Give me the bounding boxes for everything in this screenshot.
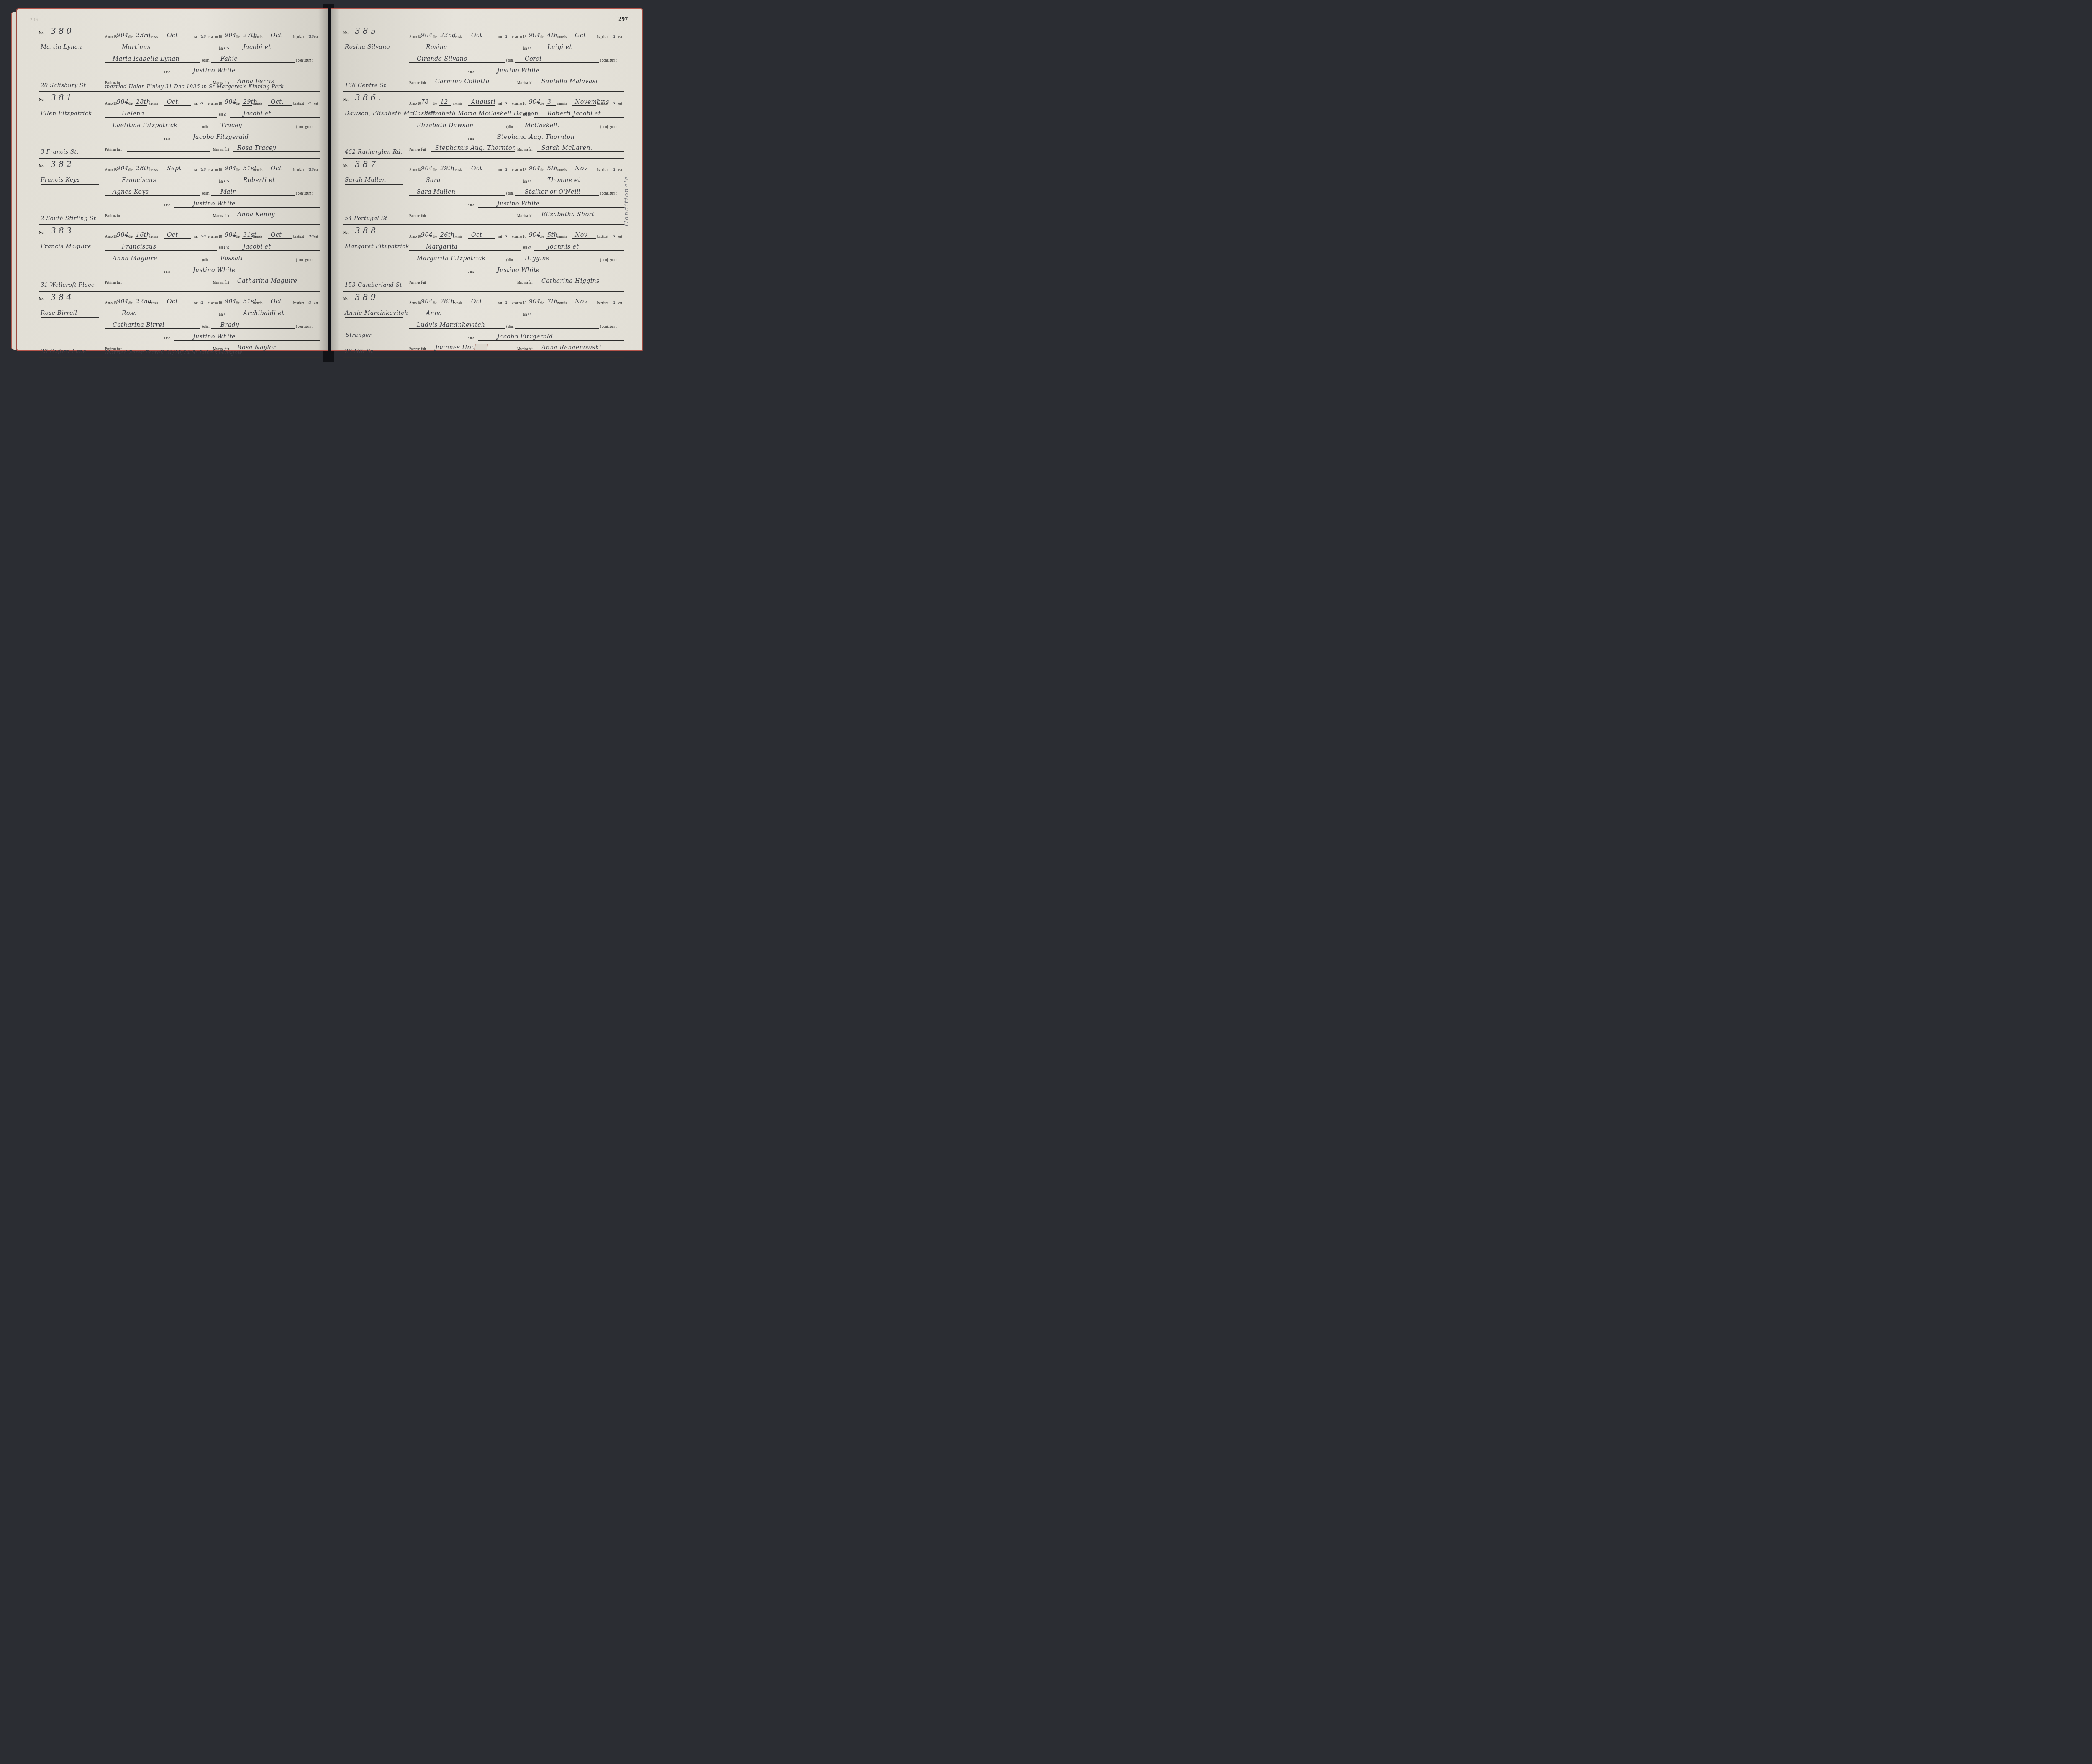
entry-margin: No. 383 Francis Maguire 31 Wellcroft Pla…: [39, 226, 102, 292]
olim-label: (olim: [506, 59, 514, 63]
baptism-day: 5th: [547, 232, 558, 238]
father-name: Roberti et: [243, 177, 275, 184]
nat-suffix: a: [200, 100, 203, 105]
margin-child-name: Ellen Fitzpatrick: [41, 110, 99, 118]
nat-suffix: a: [505, 300, 508, 305]
margin-address: 20 Salisbury St: [41, 82, 86, 89]
mother-row: Agnes Keys (olim Mair ) conjugum :: [105, 187, 320, 197]
maiden-name-line: [515, 62, 599, 63]
fili-label: fili: [219, 313, 223, 317]
nat-label: nat: [498, 168, 502, 172]
matrina-label: Matrina fuit: [213, 214, 229, 218]
mother-maiden-name: Fossati: [220, 255, 243, 262]
mother-row: Laetitiae Fitzpatrick (olim Tracey ) con…: [105, 121, 320, 130]
et-anno-label: et anno 18: [208, 102, 222, 106]
child-name-line: [105, 51, 217, 51]
mother-maiden-name: Tracey: [220, 122, 242, 129]
baptism-year: 904: [529, 298, 541, 305]
minister-name: Justino White: [497, 67, 540, 74]
father-name: Luigi et: [547, 44, 572, 51]
olim-label: (olim: [202, 258, 210, 262]
column-divider: [407, 90, 407, 159]
die-label: die: [433, 102, 437, 106]
anno-label: Anno 18: [409, 301, 421, 305]
mother-name-line: [409, 262, 505, 262]
die-label-2: die: [540, 301, 544, 305]
a-me-label: a me: [164, 336, 170, 341]
child-name: Sara: [426, 177, 441, 184]
margin-child-name: Margaret Fitzpatrick: [345, 243, 403, 251]
birth-day-line: [135, 305, 147, 305]
paper-tear: [474, 344, 488, 350]
minister-row: a me Stephano Aug. Thornton: [409, 133, 624, 142]
father-line: [534, 250, 624, 251]
child-name: Franciscus: [122, 177, 156, 184]
mensis-label-2: mensis: [557, 168, 567, 172]
minister-row: a me Justino White: [409, 66, 624, 75]
entry-margin: No. 387 Sarah Mullen 54 Portugal St: [343, 159, 406, 225]
bapt-month-line: [268, 305, 292, 305]
column-divider: [103, 223, 103, 292]
patrinus-label: Patrinus fuit: [409, 148, 426, 152]
father-name: Jacobi et: [243, 244, 271, 250]
est-label: est: [618, 35, 622, 39]
minister-name: Stephano Aug. Thornton: [497, 134, 574, 141]
register-entry-385: No. 385 Rosina Silvano 136 Centre St Ann…: [343, 26, 624, 92]
maiden-name-line: [515, 262, 599, 262]
patrinus-label: Patrinus fuit: [105, 281, 122, 285]
fili-suffix: a: [528, 45, 531, 51]
entry-margin: No. 382 Francis Keys 2 South Stirling St: [39, 159, 102, 225]
minister-name: Justino White: [193, 267, 236, 274]
baptism-year: 904: [529, 32, 541, 39]
conditional-baptism-note: Conditionale: [623, 167, 632, 226]
left-page-number: 296: [30, 17, 38, 23]
baptism-month: Nov: [575, 232, 587, 238]
godparents-row: Patrinus fuit Matrina fuit Catharina Mag…: [105, 277, 320, 286]
margin-child-name: Annie Marzinkevitch: [345, 310, 403, 318]
est-label: est: [618, 168, 622, 172]
anno-label: Anno 18: [105, 102, 117, 106]
birth-month-line: [164, 238, 191, 239]
nat-label: nat: [498, 102, 502, 106]
patrinus-label: Patrinus fuit: [409, 281, 426, 285]
birth-day-line: [439, 305, 451, 305]
godparents-row: Patrinus fuit Stephanus Aug. Thornton Ma…: [409, 144, 624, 153]
patrinus-label: Patrinus fuit: [409, 81, 426, 85]
birth-month-line: [164, 105, 191, 106]
mother-name: Margarita Fitzpatrick: [417, 255, 485, 262]
baptism-year: 904: [225, 165, 236, 172]
mother-name-line: [105, 262, 200, 262]
column-divider: [407, 156, 407, 225]
matrina-label: Matrina fuit: [517, 148, 533, 152]
anno-label: Anno 18: [409, 168, 421, 172]
birth-year: 904: [117, 32, 128, 39]
entry-number-label: No.: [343, 231, 349, 235]
minister-line: [174, 207, 320, 208]
left-page: 296 No. 380 Martin Lynan 20 Salisbury St…: [16, 8, 328, 351]
die-label: die: [433, 235, 437, 239]
a-me-label: a me: [468, 70, 474, 74]
right-page: 297 No. 385 Rosina Silvano 136 Centre St…: [331, 8, 643, 351]
margin-address: 23 Oxford Lane: [41, 349, 86, 355]
nat-label: nat: [194, 301, 198, 305]
fili-suffix: a: [224, 112, 227, 117]
birth-day: 12: [440, 99, 448, 105]
nat-label: nat: [498, 301, 502, 305]
baptizat-suffix: a: [308, 300, 311, 305]
birth-month-line: [468, 172, 495, 172]
child-name: Rosa: [122, 310, 137, 317]
bapt-day-line: [242, 238, 252, 239]
margin-address: 136 Centre St: [345, 82, 386, 89]
column-divider: [103, 156, 103, 225]
patrinus-label: Patrinus fuit: [105, 214, 122, 218]
baptism-day: 7th: [547, 298, 558, 305]
et-anno-label: et anno 18: [208, 35, 222, 39]
mensis-label-2: mensis: [253, 301, 262, 305]
entry-margin: No. 384 Rose Birrell 23 Oxford Lane: [39, 292, 102, 358]
est-label: est: [618, 301, 622, 305]
et-anno-label: et anno 18: [512, 102, 526, 106]
entry-number-label: No.: [343, 97, 349, 102]
bapt-day-line: [242, 39, 252, 39]
anno-label: Anno 18: [409, 235, 421, 239]
godmother-name: Santella Malavasi: [541, 78, 598, 85]
a-me-label: a me: [164, 70, 170, 74]
bapt-day-line: [546, 39, 556, 39]
mother-row: Sara Mullen (olim Stalker or O'Neill ) c…: [409, 187, 624, 197]
fili-label: fili: [219, 113, 223, 118]
et-anno-label: et anno 18: [512, 301, 526, 305]
godmother-name: Anna Kenny: [237, 211, 275, 218]
minister-name: Jacobo Fitzgerald: [193, 134, 249, 141]
entry-margin: No. 389 Annie Marzinkevitch Stranger 26 …: [343, 292, 406, 358]
bapt-month-line: [268, 238, 292, 239]
mother-name: Ludvis Marzinkevitch: [417, 322, 485, 328]
godfather-line: [431, 285, 515, 285]
godfather-line: [431, 351, 515, 351]
birth-month-line: [468, 39, 495, 39]
register-entry-383: No. 383 Francis Maguire 31 Wellcroft Pla…: [39, 226, 320, 292]
baptizat-label: baptizat: [597, 168, 608, 172]
entry-form: Anno 18 904 die 26th mensis Oct nat a et…: [409, 226, 624, 292]
fili-suffix: us: [224, 178, 230, 184]
fili-label: fili: [523, 313, 527, 317]
baptizat-suffix: a: [613, 100, 615, 105]
mother-maiden-name: Mair: [220, 189, 236, 195]
baptizat-label: baptizat: [293, 35, 304, 39]
birth-month-line: [164, 39, 191, 39]
a-me-label: a me: [164, 203, 170, 208]
column-divider: [407, 23, 407, 92]
minister-line: [478, 340, 624, 341]
mensis-label-2: mensis: [253, 235, 262, 239]
godmother-name: Sarah McLaren.: [541, 145, 592, 151]
date-row: Anno 18 904 die 22nd mensis Oct nat a et…: [105, 297, 320, 306]
right-page-number: 297: [618, 16, 628, 23]
baptism-month: Oct: [271, 232, 282, 238]
maiden-name-line: [515, 195, 599, 196]
fili-label: fili: [219, 180, 223, 184]
baptizat-suffix: a: [308, 100, 311, 105]
godmother-name: Elizabetha Short: [541, 211, 595, 218]
mensis-label-2: mensis: [557, 102, 567, 106]
bapt-month-line: [572, 105, 596, 106]
nat-suffix: a: [200, 300, 203, 305]
mother-name-line: [409, 195, 505, 196]
minister-line: [174, 274, 320, 274]
register-entry-387: No. 387 Sarah Mullen 54 Portugal St Anno…: [343, 159, 624, 225]
birth-day-line: [135, 105, 147, 106]
entry-form: Anno 18 904 die 29th mensis Oct nat a et…: [409, 159, 624, 225]
minister-row: a me Justino White: [105, 66, 320, 75]
child-name-line: [105, 184, 217, 184]
child-row: Rosa fili a Archibaldi et: [105, 309, 320, 318]
a-me-label: a me: [164, 137, 170, 141]
godmother-line: [233, 218, 320, 218]
entry-margin: No. 385 Rosina Silvano 136 Centre St: [343, 26, 406, 92]
godmother-line: [233, 151, 320, 152]
margin-child-name: Martin Lynan: [41, 44, 99, 51]
mensis-label: mensis: [453, 168, 462, 172]
register-entry-381: No. 381 Ellen Fitzpatrick 3 Francis St. …: [39, 92, 320, 159]
bapt-month-line: [268, 172, 292, 172]
godparents-row: Patrinus fuit Carmino Collotto Matrina f…: [409, 77, 624, 86]
margin-child-name: Rosina Silvano: [345, 44, 403, 51]
godparents-row: Patrinus fuit Matrina fuit Rosa Tracey: [105, 144, 320, 153]
godfather-line: [431, 85, 515, 85]
child-row: Franciscus fili us Roberti et: [105, 176, 320, 185]
olim-label: (olim: [202, 59, 210, 63]
godmother-name: Rosa Tracey: [237, 145, 276, 151]
child-name: Anna: [426, 310, 442, 317]
margin-child-name: Dawson, Elizabeth McCaskell: [345, 110, 403, 118]
minister-row: a me Justino White: [105, 332, 320, 341]
child-name: Martinus: [122, 44, 151, 51]
entry-number: 388: [355, 226, 378, 236]
margin-address: 31 Wellcroft Place: [41, 282, 95, 288]
conjugum-label: ) conjugum :: [296, 125, 313, 129]
mensis-label: mensis: [453, 301, 462, 305]
minister-row: a me Jacobo Fitzgerald: [105, 133, 320, 142]
baptizat-label: baptizat: [597, 102, 608, 106]
entry-form: Anno 18 904 die 22nd mensis Oct nat a et…: [409, 26, 624, 92]
maiden-name-line: [211, 195, 295, 196]
baptism-month: Oct.: [271, 99, 284, 105]
minister-line: [478, 141, 624, 141]
date-row: Anno 18 904 die 29th mensis Oct nat a et…: [409, 164, 624, 173]
matrina-label: Matrina fuit: [213, 148, 229, 152]
mother-name: Sara Mullen: [417, 189, 456, 195]
anno-label: Anno 18: [105, 301, 117, 305]
date-row: Anno 18 904 die 28th mensis Oct. nat a e…: [105, 97, 320, 107]
et-anno-label: et anno 18: [512, 35, 526, 39]
margin-address: 2 South Stirling St: [41, 215, 96, 222]
bapt-day-line: [546, 305, 556, 305]
father-name: Roberti Jacobi et: [547, 110, 601, 117]
fili-label: fili: [219, 47, 223, 51]
child-name-line: [409, 317, 521, 317]
entry-form: Anno 18 904 die 26th mensis Oct. nat a e…: [409, 292, 624, 358]
father-name: Thomae et: [547, 177, 581, 184]
mother-maiden-name: Fahie: [220, 56, 238, 62]
conjugum-label: ) conjugum :: [600, 59, 617, 63]
entry-separator: [343, 291, 624, 292]
fili-suffix: a: [528, 112, 531, 117]
birth-month: Oct: [471, 232, 482, 238]
nat-label: nat: [194, 235, 198, 239]
die-label-2: die: [236, 301, 240, 305]
entry-form: Anno 18 904 die 28th mensis Oct. nat a e…: [105, 92, 320, 159]
birth-month-line: [468, 305, 495, 305]
minister-name: Justino White: [193, 200, 236, 207]
marriage-annotation: married Helen Finlay 31 Dec 1936 in St M…: [105, 84, 284, 90]
olim-label: (olim: [202, 192, 210, 196]
margin-child-name: Francis Keys: [41, 177, 99, 185]
nat-label: nat: [194, 168, 198, 172]
godfather-line: [431, 218, 515, 218]
entry-number: 383: [51, 226, 74, 236]
fili-label: fili: [219, 246, 223, 251]
entry-form: Anno 18 904 die 28th mensis Sept nat us …: [105, 159, 320, 225]
fili-label: fili: [523, 47, 527, 51]
mother-row: Elizabeth Dawson (olim McCaskell. ) conj…: [409, 121, 624, 130]
mensis-label: mensis: [149, 168, 158, 172]
entry-separator: [39, 224, 320, 225]
entry-number: 380: [51, 26, 74, 36]
godmother-name: Anna Renaenowski: [541, 344, 601, 351]
baptism-month: Nov.: [575, 298, 589, 305]
maiden-name-line: [211, 328, 295, 329]
est-label: est: [314, 235, 318, 239]
die-label-2: die: [236, 235, 240, 239]
baptism-month: Oct: [271, 298, 282, 305]
nat-label: nat: [194, 102, 198, 106]
baptizat-suffix: us: [308, 33, 314, 39]
die-label: die: [433, 301, 437, 305]
matrina-label: Matrina fuit: [517, 214, 533, 218]
maiden-name-line: [515, 129, 599, 129]
entry-number-label: No.: [39, 164, 44, 169]
entry-number: 381: [51, 92, 74, 103]
nat-suffix: us: [200, 33, 206, 39]
fili-suffix: a: [528, 178, 531, 184]
register-entry-382: No. 382 Francis Keys 2 South Stirling St…: [39, 159, 320, 225]
godfather-line: [431, 151, 515, 152]
child-row: Elizabeth Maria McCaskell Dawson fili a …: [409, 109, 624, 118]
godmother-line: [537, 151, 624, 152]
birth-month: Oct: [167, 32, 178, 39]
baptism-year: 904: [529, 232, 541, 238]
godfather-line: [127, 151, 210, 152]
mensis-label: mensis: [149, 35, 158, 39]
godfather-line: [127, 218, 210, 218]
margin-child-name: Sarah Mullen: [345, 177, 403, 185]
entry-number-label: No.: [39, 297, 44, 302]
birth-month: Oct: [471, 165, 482, 172]
entry-number-label: No.: [39, 231, 44, 235]
birth-month: Oct: [471, 32, 482, 39]
entry-separator: [39, 357, 320, 358]
father-line: [534, 317, 624, 317]
minister-name: Justino White: [193, 333, 236, 340]
birth-month-line: [164, 305, 191, 305]
anno-label: Anno 18: [105, 235, 117, 239]
birth-day-line: [439, 105, 451, 106]
date-row: Anno 18 904 die 28th mensis Sept nat us …: [105, 164, 320, 173]
a-me-label: a me: [468, 336, 474, 341]
bapt-month-line: [572, 238, 596, 239]
godfather-line: [127, 285, 210, 285]
column-divider: [103, 23, 103, 92]
child-name-line: [105, 250, 217, 251]
child-name: Margarita: [426, 244, 458, 250]
birth-month-line: [468, 105, 495, 106]
mensis-label: mensis: [149, 102, 158, 106]
date-row: Anno 18 904 die 26th mensis Oct nat a et…: [409, 231, 624, 240]
margin-address: 54 Portugal St: [345, 215, 387, 222]
birth-month: Oct.: [471, 298, 484, 305]
die-label: die: [128, 168, 133, 172]
die-label-2: die: [540, 168, 544, 172]
child-name: Helena: [122, 110, 144, 117]
fili-suffix: a: [528, 311, 531, 317]
et-anno-label: et anno 18: [512, 235, 526, 239]
baptizat-label: baptizat: [597, 301, 608, 305]
et-anno-label: et anno 18: [208, 168, 222, 172]
baptism-day: 3: [547, 99, 551, 105]
godparents-row: Patrinus fuit Joannes Hourkta Matrina fu…: [409, 343, 624, 352]
register-entry-380: No. 380 Martin Lynan 20 Salisbury St Ann…: [39, 26, 320, 92]
register-entry-384: No. 384 Rose Birrell 23 Oxford Lane Anno…: [39, 292, 320, 358]
birth-day-line: [439, 39, 451, 39]
column-divider: [407, 223, 407, 292]
mensis-label-2: mensis: [557, 301, 567, 305]
child-name: Franciscus: [122, 244, 156, 250]
margin-child-name: Francis Maguire: [41, 243, 99, 251]
godmother-line: [537, 85, 624, 85]
child-row: Sara fili a Thomae et: [409, 176, 624, 185]
entry-margin: No. 380 Martin Lynan 20 Salisbury St: [39, 26, 102, 92]
olim-label: (olim: [506, 325, 514, 329]
margin-address: 153 Cumberland St: [345, 282, 402, 288]
godparents-row: Patrinus fuit Matrina fuit Catharina Hig…: [409, 277, 624, 286]
minister-line: [174, 74, 320, 74]
father-line: [230, 317, 320, 317]
margin-bracket: [633, 167, 633, 228]
entry-form: Anno 18 78 die 12 mensis Augusti nat a e…: [409, 92, 624, 159]
mother-name: Agnes Keys: [113, 189, 149, 195]
die-label-2: die: [540, 235, 544, 239]
mother-row: Catharina Birrel (olim Brady ) conjugum …: [105, 320, 320, 330]
bapt-month-line: [572, 39, 596, 39]
nat-suffix: a: [505, 167, 508, 172]
fili-label: fili: [523, 180, 527, 184]
conjugum-label: ) conjugum :: [296, 325, 313, 329]
mother-name: Elizabeth Dawson: [417, 122, 473, 129]
entry-separator: [39, 91, 320, 92]
birth-day-line: [439, 238, 451, 239]
die-label: die: [128, 235, 133, 239]
entry-form: Anno 18 904 die 22nd mensis Oct nat a et…: [105, 292, 320, 358]
margin-address: 3 Francis St.: [41, 149, 79, 155]
entry-form: Anno 18 904 die 16th mensis Oct nat us e…: [105, 226, 320, 292]
child-name-line: [409, 117, 521, 118]
die-label-2: die: [236, 102, 240, 106]
mensis-label-2: mensis: [557, 35, 567, 39]
